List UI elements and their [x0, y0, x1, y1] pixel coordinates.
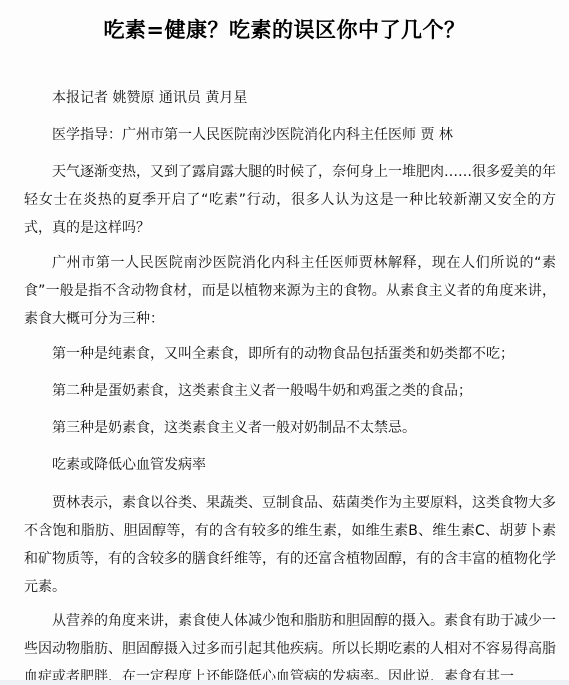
- bottom-edge: [0, 680, 569, 685]
- byline: 本报记者 姚赞原 通讯员 黄月星: [24, 84, 556, 112]
- paragraph-nutrition-benefits: 从营养的角度来讲，素食使人体减少饱和脂肪和胆固醇的摄入。素食有助于减少一些因动物…: [24, 607, 556, 685]
- paragraph-definition: 广州市第一人民医院南沙医院消化内科主任医师贾林解释，现在人们所说的“素食”一般是…: [24, 249, 556, 333]
- paragraph-type-1: 第一种是纯素食，又叫全素食，即所有的动物食品包括蛋类和奶类都不吃；: [24, 340, 556, 368]
- section-subheading: 吃素或降低心血管发病率: [24, 451, 556, 479]
- paragraph-nutrients: 贾林表示，素食以谷类、果蔬类、豆制食品、菇菌类作为主要原料，这类食物大多不含饱和…: [24, 489, 556, 601]
- medical-advisor: 医学指导：广州市第一人民医院南沙医院消化内科主任医师 贾 林: [24, 121, 556, 149]
- article-title: 吃素=健康？吃素的误区你中了几个？: [0, 14, 569, 46]
- paragraph-intro: 天气逐渐变热，又到了露肩露大腿的时候了，奈何身上一堆肥肉……很多爱美的年轻女士在…: [24, 158, 556, 242]
- paragraph-type-3: 第三种是奶素食，这类素食主义者一般对奶制品不太禁忌。: [24, 414, 556, 442]
- paragraph-type-2: 第二种是蛋奶素食，这类素食主义者一般喝牛奶和鸡蛋之类的食品；: [24, 377, 556, 405]
